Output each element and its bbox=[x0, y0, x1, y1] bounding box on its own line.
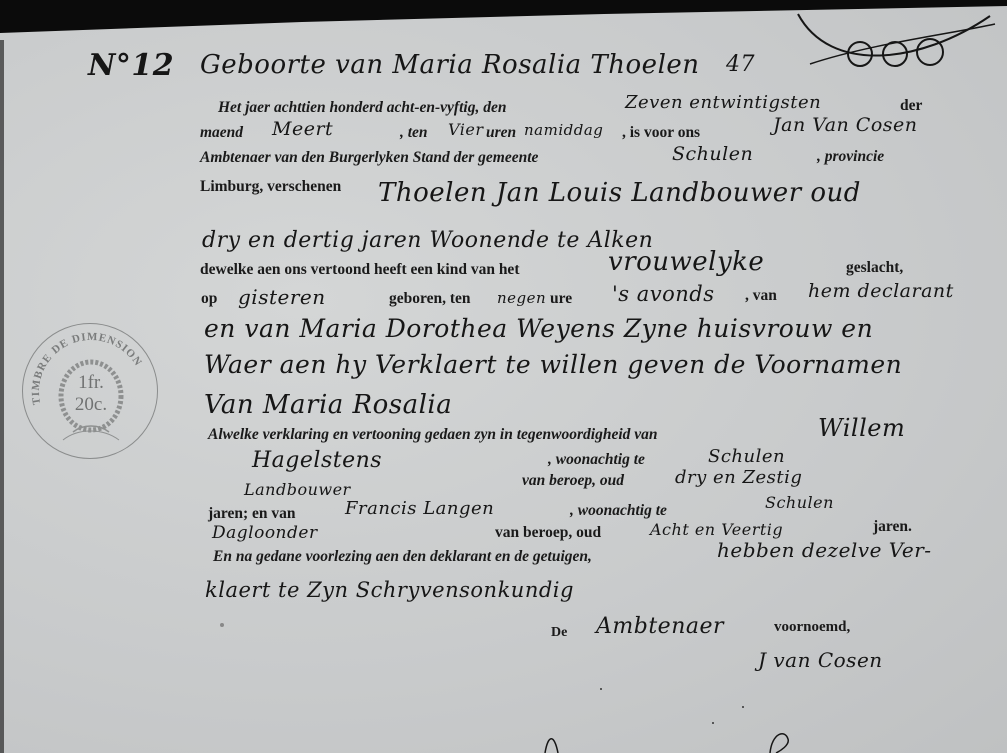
next-record-handwriting bbox=[540, 725, 800, 753]
printed-text: van beroep, oud bbox=[495, 524, 601, 542]
speck bbox=[600, 688, 602, 690]
printed-text: De bbox=[551, 625, 567, 641]
printed-text: der bbox=[900, 97, 922, 115]
speck bbox=[220, 623, 224, 627]
handwritten-statement: hebben dezelve Ver- bbox=[717, 538, 932, 562]
handwritten-relation: hem declarant bbox=[808, 280, 954, 302]
handwritten-witness1-surname: Hagelstens bbox=[252, 448, 382, 473]
revenue-stamp: TIMBRE DE DIMENSION 1fr. 20c. bbox=[22, 323, 158, 459]
handwritten-sex: vrouwelyke bbox=[608, 247, 764, 277]
handwritten-age: dry en Zestig bbox=[675, 467, 802, 488]
printed-text: Limburg, verschenen bbox=[200, 178, 341, 196]
handwritten-age-residence: dry en dertig jaren Woonende te Alken bbox=[202, 228, 653, 253]
scan-left-edge bbox=[0, 40, 4, 753]
handwritten-child-name: Van Maria Rosalia bbox=[204, 390, 452, 420]
printed-text: Ambtenaer van den Burgerlyken Stand der … bbox=[200, 149, 538, 167]
signature: J van Cosen bbox=[758, 648, 883, 672]
speck bbox=[712, 722, 714, 724]
handwritten-date: Zeven entwintigsten bbox=[625, 92, 821, 113]
handwritten-official: Jan Van Cosen bbox=[773, 114, 918, 136]
printed-text: En na gedane voorlezing aen den deklaran… bbox=[213, 548, 592, 566]
printed-text: Alwelke verklaring en vertooning gedaen … bbox=[208, 426, 658, 444]
handwritten-mother: en van Maria Dorothea Weyens Zyne huisvr… bbox=[204, 314, 873, 343]
handwritten-residence: Schulen bbox=[765, 493, 834, 512]
handwritten-day: gisteren bbox=[238, 285, 326, 309]
record-number: N°12 bbox=[88, 48, 174, 83]
document-page: N°12 Geboorte van Maria Rosalia Thoelen … bbox=[0, 0, 1007, 753]
handwritten-residence: Schulen bbox=[708, 446, 785, 467]
printed-text: , provincie bbox=[817, 148, 884, 166]
handwritten-declarant: Thoelen Jan Louis Landbouwer oud bbox=[378, 178, 861, 208]
handwritten-municipality: Schulen bbox=[672, 143, 753, 165]
margin-note: 47 bbox=[726, 52, 755, 77]
handwritten-time: 's avonds bbox=[612, 282, 715, 306]
printed-text: jaren. bbox=[873, 518, 912, 536]
printed-text: dewelke aen ons vertoond heeft een kind … bbox=[200, 261, 519, 279]
handwritten-illiterate: klaert te Zyn Schryvensonkundig bbox=[205, 578, 574, 602]
printed-text: Het jaer achttien honderd acht-en-vyftig… bbox=[218, 99, 506, 117]
printed-text: , ten bbox=[400, 124, 428, 142]
printed-text: jaren; en van bbox=[208, 505, 296, 523]
handwritten-witness1: Willem bbox=[818, 414, 905, 442]
printed-text: , is voor ons bbox=[622, 124, 700, 142]
handwritten-age: Acht en Veertig bbox=[650, 520, 783, 539]
handwritten-witness2: Francis Langen bbox=[345, 498, 494, 519]
handwritten-naming: Waer aen hy Verklaert te willen geven de… bbox=[204, 350, 902, 379]
stamp-value-centimes: 20c. bbox=[23, 394, 159, 416]
speck bbox=[742, 706, 744, 708]
printed-text: geboren, ten bbox=[389, 290, 471, 308]
stamp-value-francs: 1fr. bbox=[23, 372, 159, 394]
handwritten-month: Meert bbox=[272, 118, 333, 140]
handwritten-hour: Vier bbox=[448, 120, 484, 139]
printed-text: , woonachtig te bbox=[548, 451, 645, 469]
printed-text: voornoemd, bbox=[774, 619, 850, 636]
printed-text: , van bbox=[745, 287, 777, 305]
handwritten-official-title: Ambtenaer bbox=[596, 614, 724, 639]
handwritten-occupation: Landbouwer bbox=[244, 480, 351, 499]
printed-text: van beroep, oud bbox=[522, 472, 624, 490]
flourish-icon bbox=[790, 4, 1000, 84]
printed-text: ure bbox=[550, 290, 572, 308]
printed-text: , woonachtig te bbox=[570, 502, 667, 520]
printed-text: geslacht, bbox=[846, 259, 903, 277]
printed-text: op bbox=[201, 290, 217, 308]
handwritten-hour: negen bbox=[497, 289, 546, 307]
handwritten-occupation: Dagloonder bbox=[212, 523, 318, 543]
printed-text: maend bbox=[200, 124, 243, 142]
record-title: Geboorte van Maria Rosalia Thoelen bbox=[200, 50, 700, 80]
handwritten-time: namiddag bbox=[524, 121, 603, 139]
printed-text: uren bbox=[486, 124, 516, 142]
